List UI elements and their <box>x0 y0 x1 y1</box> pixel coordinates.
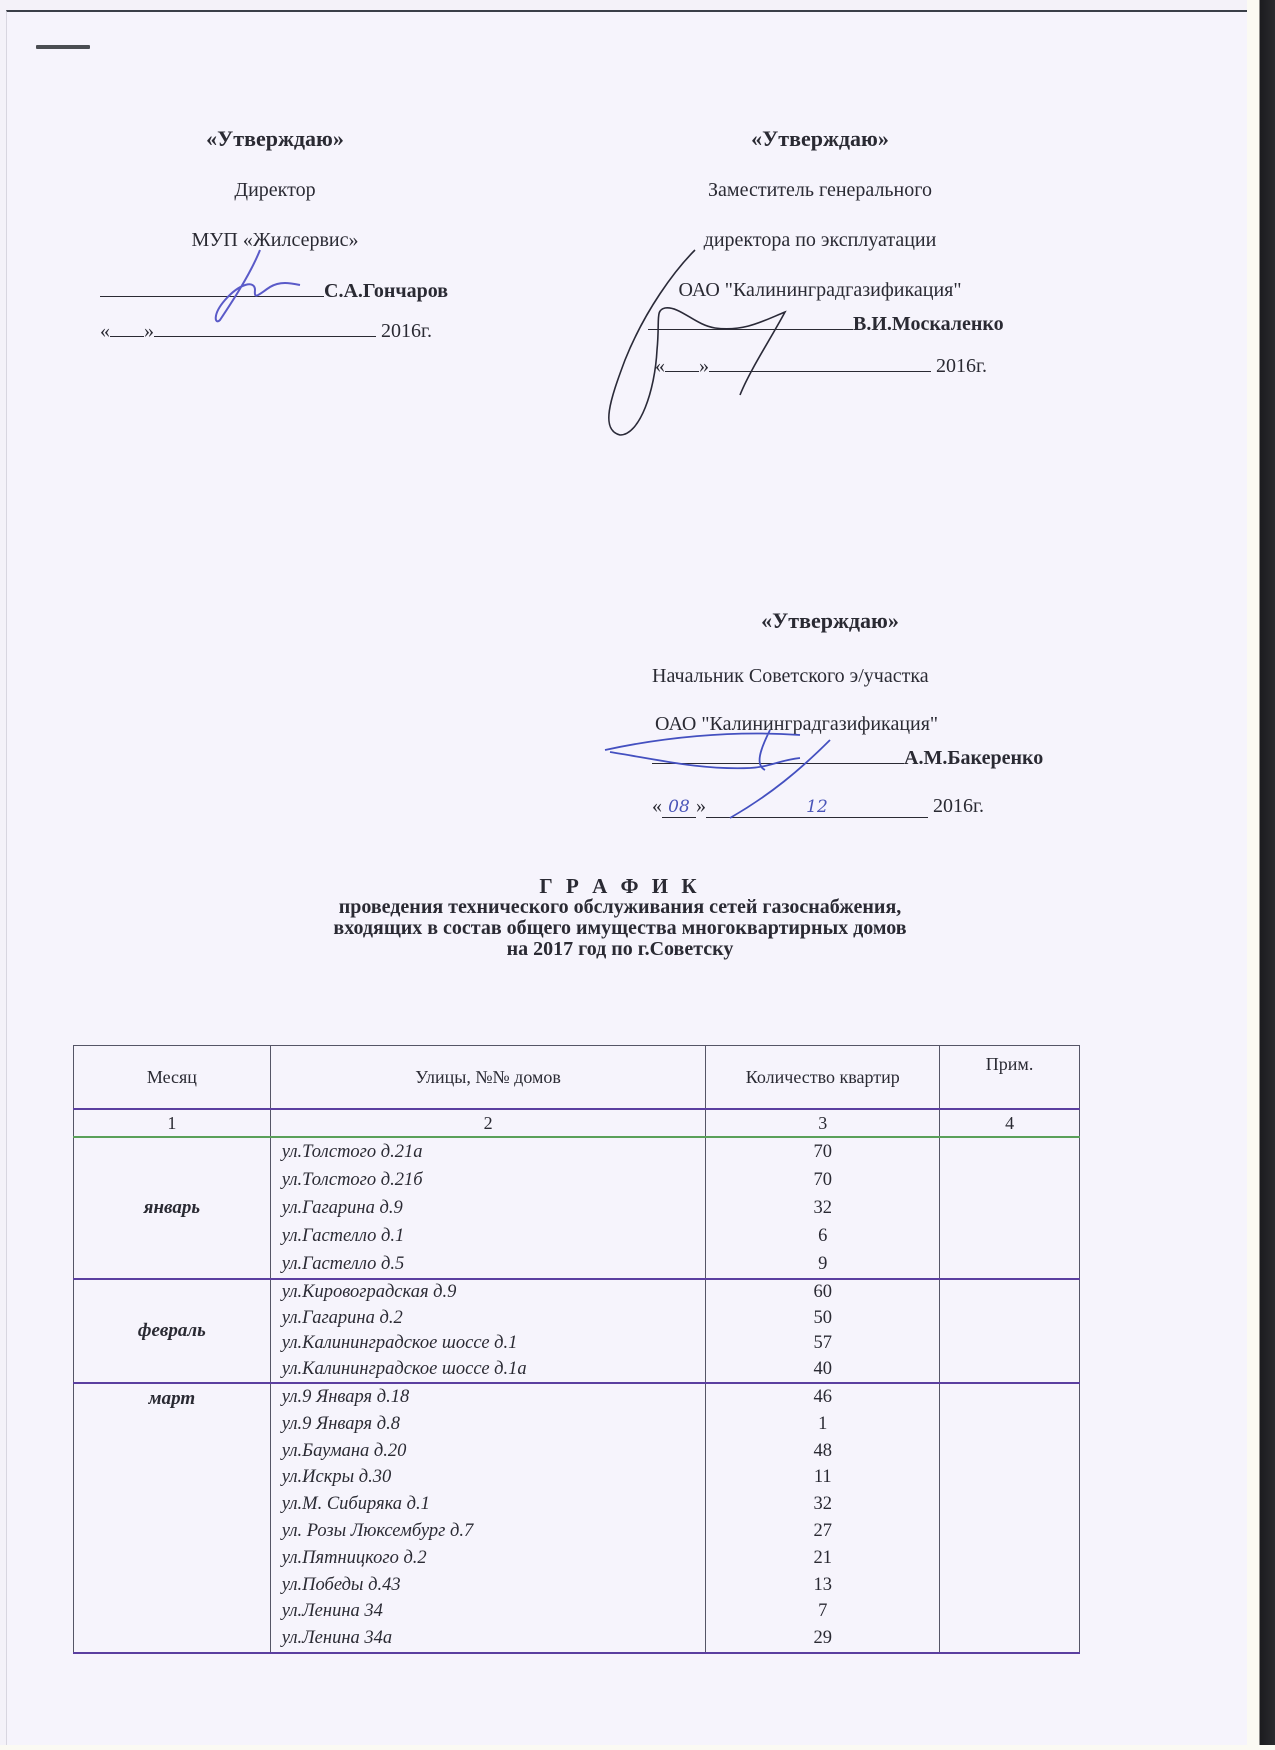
apartment-count: 46 <box>706 1384 939 1411</box>
street-address: ул.Ленина 34а <box>282 1625 706 1652</box>
street-address: ул.Ленина 34 <box>282 1598 706 1625</box>
title-line: на 2017 год по г.Советску <box>0 939 1240 960</box>
street-address: ул.Гастелло д.1 <box>282 1222 706 1250</box>
column-number: 2 <box>270 1109 706 1137</box>
column-header-month: Месяц <box>74 1046 271 1110</box>
column-header-apartments: Количество квартир <box>706 1046 940 1110</box>
schedule-table: Месяц Улицы, №№ домов Количество квартир… <box>73 1045 1080 1654</box>
apartments-cell: 461481132272113729 <box>706 1383 940 1653</box>
signatory-name: В.И.Москаленко <box>853 313 1004 335</box>
street-address: ул.Пятницкого д.2 <box>282 1545 706 1572</box>
street-address: ул.Гастелло д.5 <box>282 1250 706 1278</box>
title-line: входящих в состав общего имущества много… <box>0 918 1240 939</box>
note-cell <box>940 1383 1080 1653</box>
approval-heading: «Утверждаю» <box>80 128 470 150</box>
apartment-count: 9 <box>706 1250 939 1278</box>
column-number: 1 <box>74 1109 271 1137</box>
signatory-name: С.А.Гончаров <box>324 280 448 302</box>
street-address: ул.Искры д.30 <box>282 1464 706 1491</box>
month-cell: февраль <box>74 1279 271 1383</box>
title-heading: Г Р А Ф И К <box>0 876 1240 897</box>
column-number: 3 <box>706 1109 940 1137</box>
month-group-february: февраль ул.Кировоградская д.9ул.Гагарина… <box>74 1279 1080 1383</box>
table-row: март ул.9 Января д.18ул.9 Января д.8ул.Б… <box>74 1383 1080 1653</box>
date-day <box>110 336 144 337</box>
streets-cell: ул.Кировоградская д.9ул.Гагарина д.2ул.К… <box>270 1279 706 1383</box>
street-address: ул.9 Января д.8 <box>282 1411 706 1438</box>
apartment-count: 70 <box>706 1138 939 1166</box>
table-row: январь ул.Толстого д.21аул.Толстого д.21… <box>74 1137 1080 1279</box>
signature-scribble-icon <box>585 240 845 440</box>
apartment-count: 6 <box>706 1222 939 1250</box>
apartment-count: 13 <box>706 1572 939 1599</box>
apartment-count: 29 <box>706 1625 939 1652</box>
apartment-count: 32 <box>706 1194 939 1222</box>
street-address: ул.Толстого д.21б <box>282 1166 706 1194</box>
scan-edge <box>1247 0 1275 1750</box>
month-group-march: март ул.9 Января д.18ул.9 Января д.8ул.Б… <box>74 1383 1080 1653</box>
table-header-row: Месяц Улицы, №№ домов Количество квартир… <box>74 1046 1080 1110</box>
apartment-count: 27 <box>706 1518 939 1545</box>
street-address: ул.Калининградское шоссе д.1 <box>282 1331 706 1357</box>
apartments-cell: 70703269 <box>706 1137 940 1279</box>
street-address: ул.Толстого д.21а <box>282 1138 706 1166</box>
approval-position: Директор <box>80 180 470 200</box>
street-address: ул. Розы Люксембург д.7 <box>282 1518 706 1545</box>
street-address: ул.Гагарина д.9 <box>282 1194 706 1222</box>
apartment-count: 60 <box>706 1280 939 1306</box>
apartment-count: 48 <box>706 1438 939 1465</box>
column-header-streets: Улицы, №№ домов <box>270 1046 706 1110</box>
title-line: проведения технического обслуживания сет… <box>0 897 1240 918</box>
street-address: ул.Калининградское шоссе д.1а <box>282 1357 706 1383</box>
date-month <box>154 336 376 337</box>
column-header-note: Прим. <box>940 1046 1080 1110</box>
note-cell <box>940 1137 1080 1279</box>
street-address: ул.Баумана д.20 <box>282 1438 706 1465</box>
street-address: ул.9 Января д.18 <box>282 1384 706 1411</box>
street-address: ул.Кировоградская д.9 <box>282 1280 706 1306</box>
document-title: Г Р А Ф И К проведения технического обсл… <box>0 876 1240 960</box>
month-cell: январь <box>74 1137 271 1279</box>
date-year: 2016г. <box>381 320 432 342</box>
apartment-count: 11 <box>706 1464 939 1491</box>
corner-mark <box>36 45 90 49</box>
street-address: ул.Гагарина д.2 <box>282 1306 706 1332</box>
signatory-name: А.М.Бакеренко <box>904 747 1043 769</box>
signature-scribble-icon <box>200 245 330 325</box>
streets-cell: ул.Толстого д.21аул.Толстого д.21бул.Гаг… <box>270 1137 706 1279</box>
approval-heading: «Утверждаю» <box>560 128 1080 150</box>
table-row: февраль ул.Кировоградская д.9ул.Гагарина… <box>74 1279 1080 1383</box>
streets-cell: ул.9 Января д.18ул.9 Января д.8ул.Бауман… <box>270 1383 706 1653</box>
approval-position: Заместитель генерального <box>560 180 1080 200</box>
note-cell <box>940 1279 1080 1383</box>
apartment-count: 7 <box>706 1598 939 1625</box>
approval-position: Начальник Советского э/участка <box>652 665 929 688</box>
street-address: ул.Победы д.43 <box>282 1572 706 1599</box>
apartment-count: 70 <box>706 1166 939 1194</box>
column-numbers-row: 1 2 3 4 <box>74 1109 1080 1137</box>
apartment-count: 1 <box>706 1411 939 1438</box>
signature-scribble-icon <box>600 720 900 820</box>
month-cell: март <box>74 1383 271 1653</box>
apartments-cell: 60505740 <box>706 1279 940 1383</box>
street-address: ул.М. Сибиряка д.1 <box>282 1491 706 1518</box>
date-year: 2016г. <box>933 795 984 817</box>
approval-heading: «Утверждаю» <box>620 610 1040 632</box>
apartment-count: 21 <box>706 1545 939 1572</box>
apartment-count: 40 <box>706 1357 939 1383</box>
apartment-count: 50 <box>706 1306 939 1332</box>
apartment-count: 32 <box>706 1491 939 1518</box>
date-year: 2016г. <box>936 355 987 377</box>
apartment-count: 57 <box>706 1331 939 1357</box>
month-group-january: январь ул.Толстого д.21аул.Толстого д.21… <box>74 1137 1080 1279</box>
scan-edge-bottom <box>0 1745 1275 1750</box>
column-number: 4 <box>940 1109 1080 1137</box>
